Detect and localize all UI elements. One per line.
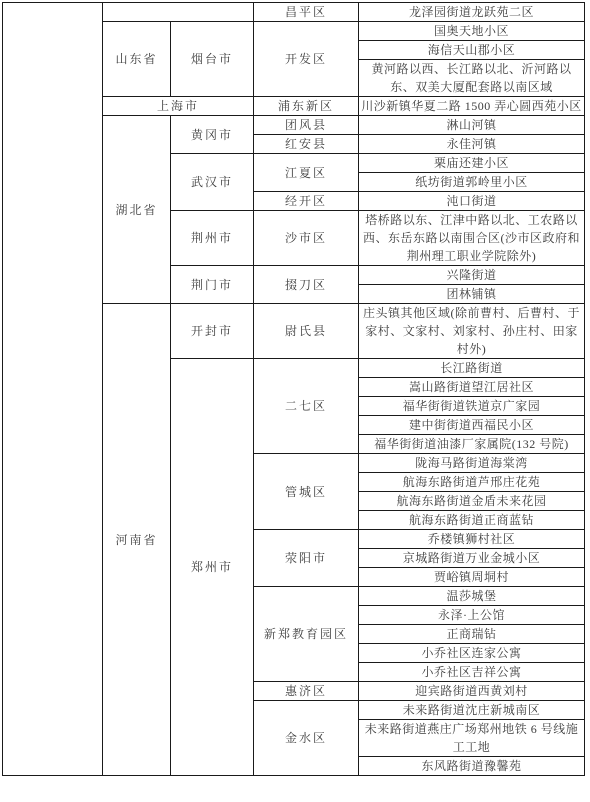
cell-city: 武汉市 — [171, 154, 254, 211]
cell-community: 海信天山郡小区 — [359, 41, 585, 60]
cell-community: 陇海马路街道海棠湾 — [359, 454, 585, 473]
cell-community: 京城路街道万业金城小区 — [359, 549, 585, 568]
cell-city: 烟台市 — [171, 22, 254, 97]
risk-area-table: 昌平区龙泽园街道龙跃苑二区山东省烟台市开发区国奥天地小区海信天山郡小区黄河路以西… — [2, 2, 585, 776]
cell-community: 兴隆街道 — [359, 266, 585, 285]
cell-district: 昌平区 — [254, 3, 359, 22]
cell-province: 河南省 — [103, 304, 171, 776]
table-body: 昌平区龙泽园街道龙跃苑二区山东省烟台市开发区国奥天地小区海信天山郡小区黄河路以西… — [3, 3, 585, 776]
cell-city: 郑州市 — [171, 359, 254, 776]
cell-district: 浦东新区 — [254, 97, 359, 116]
cell-city: 荆州市 — [171, 211, 254, 266]
cell-community: 国奥天地小区 — [359, 22, 585, 41]
cell-community: 黄河路以西、长江路以北、沂河路以东、双美大厦配套路以南区域 — [359, 60, 585, 97]
cell-community: 未来路街道燕庄广场郑州地铁 6 号线施工工地 — [359, 720, 585, 757]
cell-community: 迎宾路街道西黄刘村 — [359, 682, 585, 701]
cell-province: 上海市 — [103, 97, 254, 116]
cell-community: 塔桥路以东、江津中路以北、工农路以西、东岳东路以南围合区(沙市区政府和荆州理工职… — [359, 211, 585, 266]
cell-community: 淋山河镇 — [359, 116, 585, 135]
cell-district: 惠济区 — [254, 682, 359, 701]
cell-district: 沙市区 — [254, 211, 359, 266]
cell-community: 航海东路街道芦邢庄花苑 — [359, 473, 585, 492]
table-row: 昌平区龙泽园街道龙跃苑二区 — [3, 3, 585, 22]
cell-district: 红安县 — [254, 135, 359, 154]
cell-community: 航海东路街道正商蓝钻 — [359, 511, 585, 530]
cell-community: 栗庙还建小区 — [359, 154, 585, 173]
cell-blank — [3, 3, 103, 776]
cell-city: 荆门市 — [171, 266, 254, 304]
cell-community: 庄头镇其他区域(除前曹村、后曹村、于家村、文家村、刘家村、孙庄村、田家村外) — [359, 304, 585, 359]
cell-community: 长江路街道 — [359, 359, 585, 378]
cell-community: 嵩山路街道望江居社区 — [359, 378, 585, 397]
cell-district: 掇刀区 — [254, 266, 359, 304]
cell-community: 福华街街道油漆厂家属院(132 号院) — [359, 435, 585, 454]
cell-province — [103, 3, 254, 22]
cell-community: 温莎城堡 — [359, 587, 585, 606]
cell-district: 尉氏县 — [254, 304, 359, 359]
cell-district: 金水区 — [254, 701, 359, 776]
cell-community: 乔楼镇狮村社区 — [359, 530, 585, 549]
cell-district: 开发区 — [254, 22, 359, 97]
cell-community: 小乔社区吉祥公寓 — [359, 663, 585, 682]
cell-community: 东风路街道豫馨苑 — [359, 757, 585, 776]
cell-city: 开封市 — [171, 304, 254, 359]
cell-province: 湖北省 — [103, 116, 171, 304]
cell-community: 永佳河镇 — [359, 135, 585, 154]
cell-community: 团林铺镇 — [359, 285, 585, 304]
cell-community: 福华街街道铁道京广家园 — [359, 397, 585, 416]
cell-community: 川沙新镇华夏二路 1500 弄心圆西苑小区 — [359, 97, 585, 116]
cell-district: 二七区 — [254, 359, 359, 454]
cell-community: 沌口街道 — [359, 192, 585, 211]
cell-community: 正商瑞钻 — [359, 625, 585, 644]
cell-community: 纸坊街道郭岭里小区 — [359, 173, 585, 192]
cell-community: 小乔社区连家公寓 — [359, 644, 585, 663]
cell-community: 未来路街道沈庄新城南区 — [359, 701, 585, 720]
cell-district: 江夏区 — [254, 154, 359, 192]
document-page: 昌平区龙泽园街道龙跃苑二区山东省烟台市开发区国奥天地小区海信天山郡小区黄河路以西… — [0, 2, 590, 802]
cell-community: 龙泽园街道龙跃苑二区 — [359, 3, 585, 22]
cell-community: 航海东路街道金盾未来花园 — [359, 492, 585, 511]
cell-community: 贾峪镇周垌村 — [359, 568, 585, 587]
cell-city: 黄冈市 — [171, 116, 254, 154]
cell-community: 建中街街道西福民小区 — [359, 416, 585, 435]
cell-district: 管城区 — [254, 454, 359, 530]
cell-district: 经开区 — [254, 192, 359, 211]
cell-province: 山东省 — [103, 22, 171, 97]
cell-district: 团风县 — [254, 116, 359, 135]
cell-district: 荥阳市 — [254, 530, 359, 587]
cell-community: 永泽·上公馆 — [359, 606, 585, 625]
cell-district: 新郑教育园区 — [254, 587, 359, 682]
